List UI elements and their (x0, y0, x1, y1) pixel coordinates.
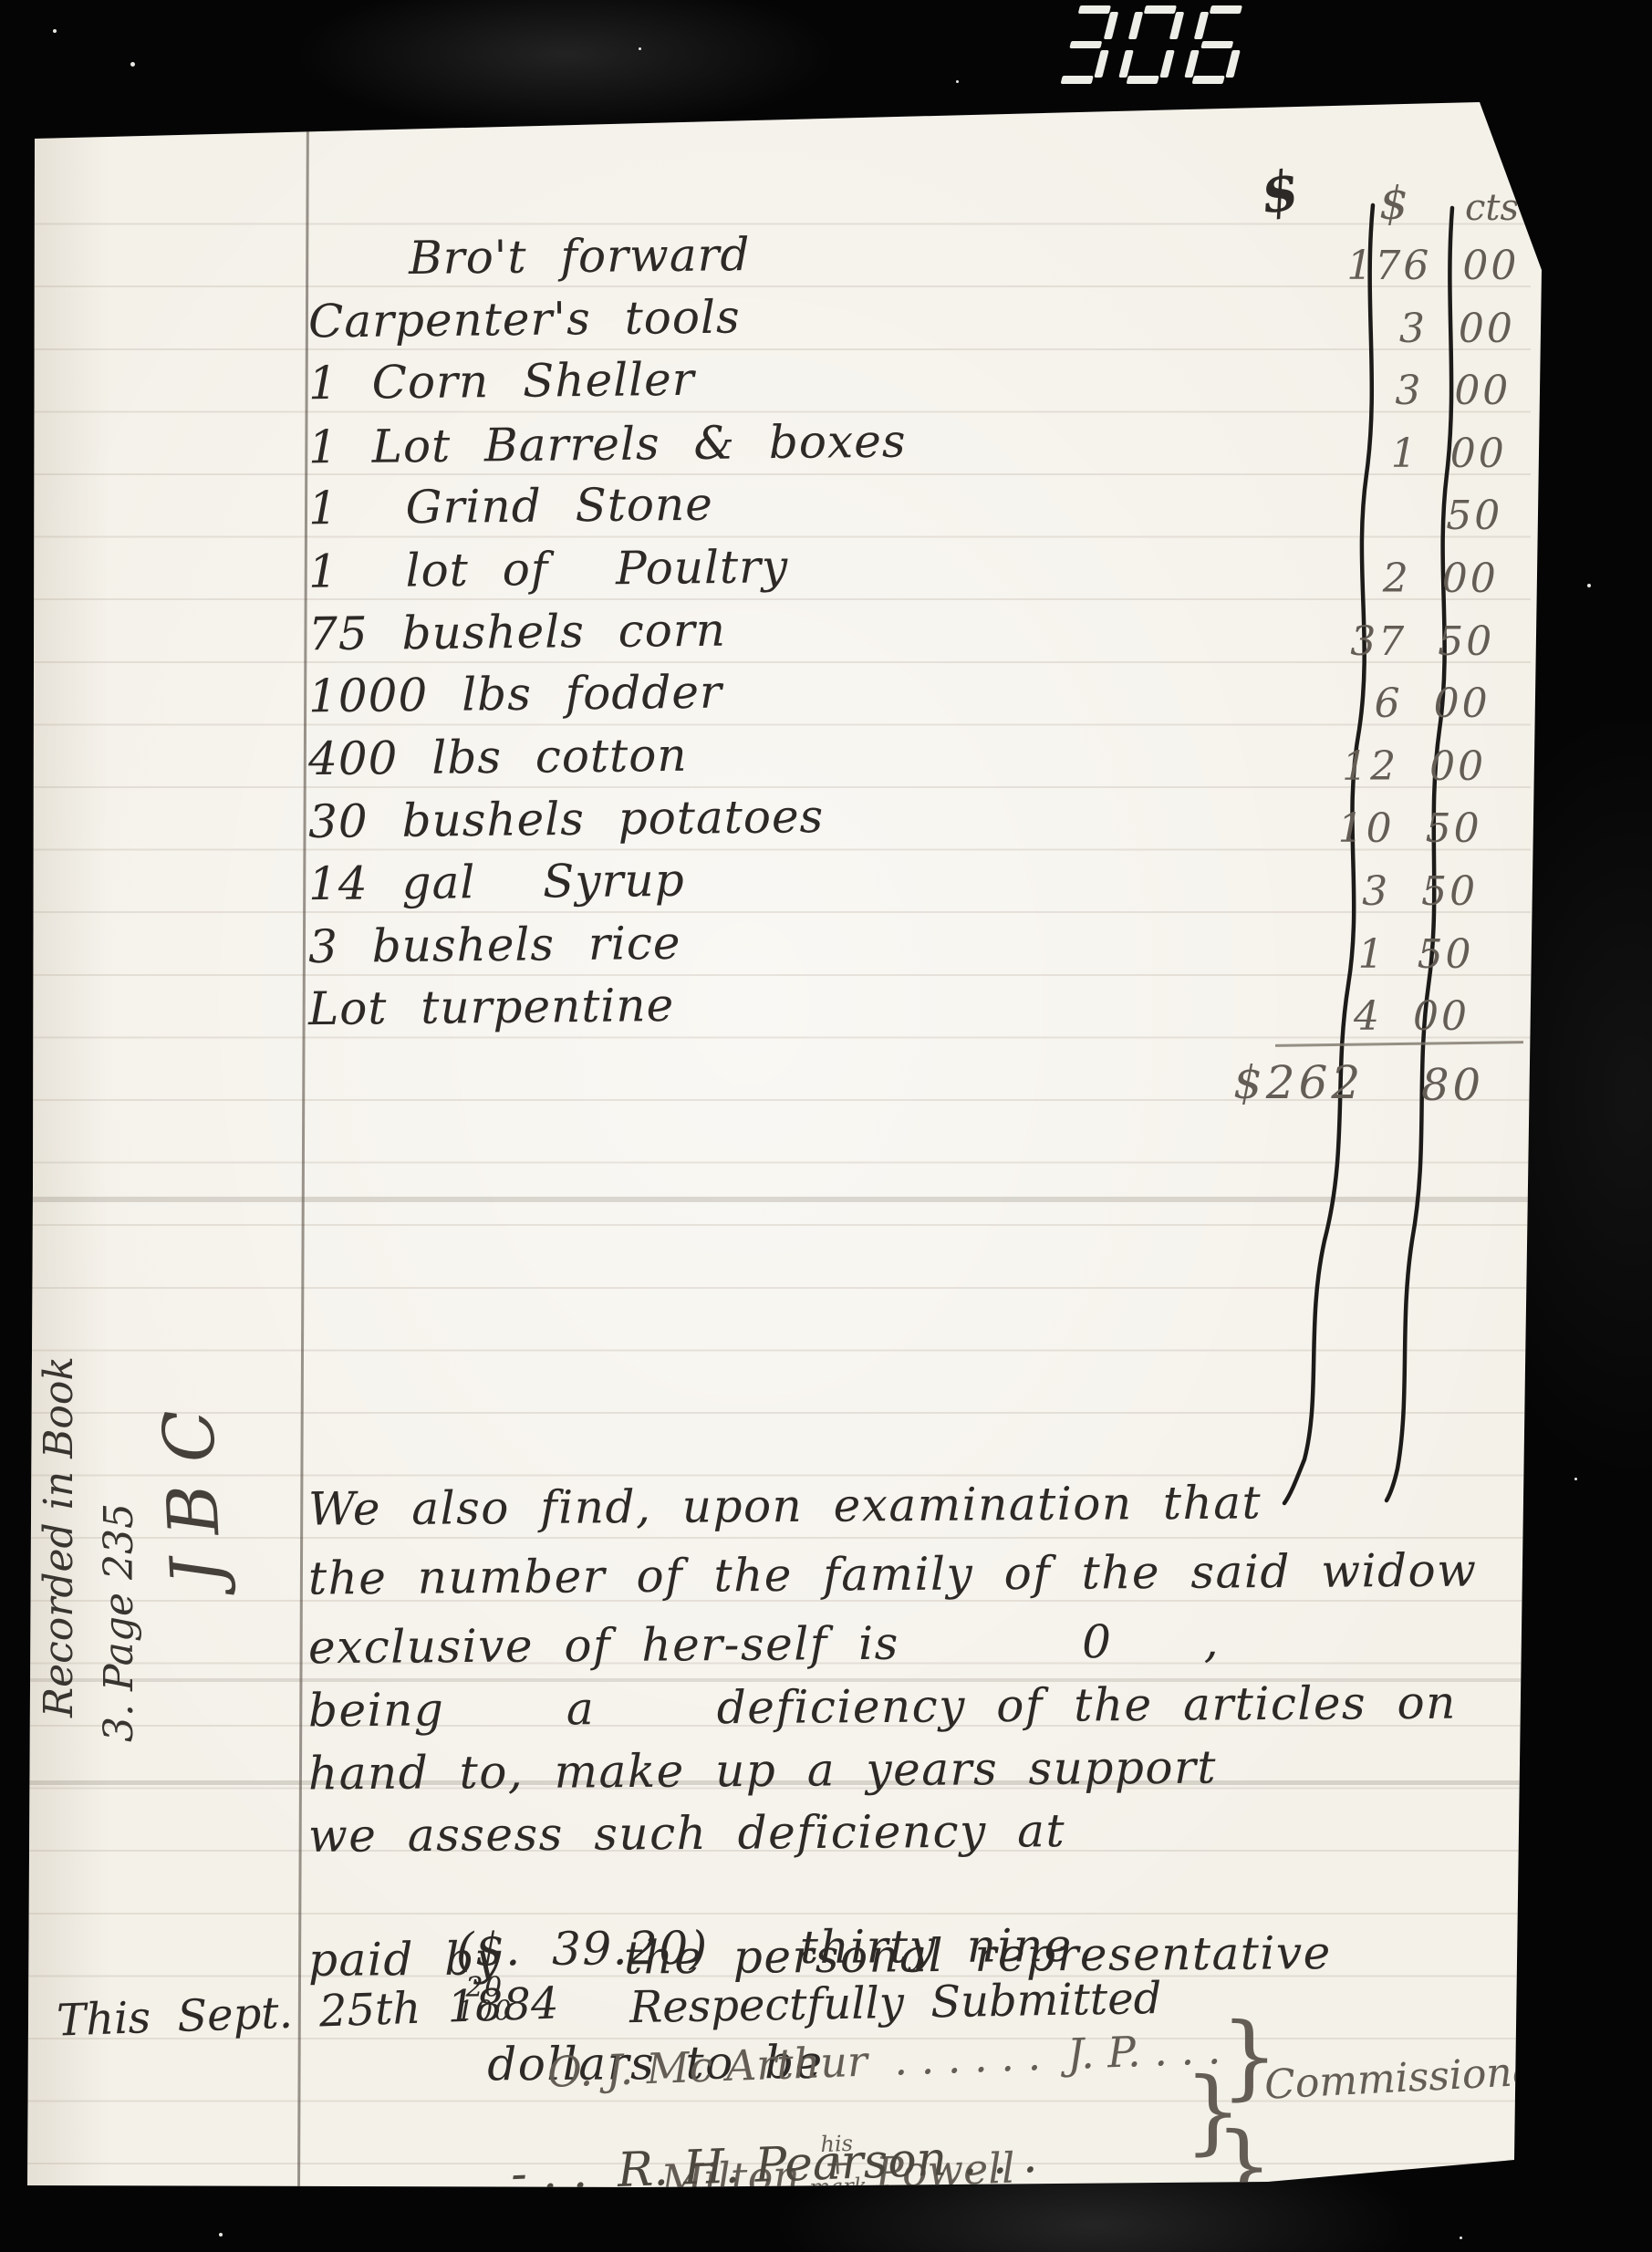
body-line: the number of the family of the said wid… (308, 1544, 1478, 1605)
ledger-amount-dollars: 10 (1240, 805, 1395, 852)
ledger-item: 1000 lbs fodder (308, 666, 722, 723)
ledger-amount-dollars: 176 (1276, 243, 1431, 289)
ledger-amount-dollars: 4 (1227, 993, 1382, 1040)
assessment-amount: ($. 39.20) thirty nine (456, 1919, 1073, 1977)
ledger-amount-cents: 00 (1454, 368, 1511, 414)
brace-3: } (1215, 2112, 1273, 2219)
ledger-item: Lot turpentine (308, 979, 675, 1035)
ledger-amount-dollars: 3 (1273, 306, 1428, 352)
film-speckle (53, 29, 57, 33)
film-speckle (956, 80, 959, 83)
ledger-item: 1 Grind Stone (308, 478, 713, 535)
ledger-amount-cents: 50 (1421, 868, 1478, 915)
ledger-item: 3 bushels rice (308, 916, 681, 972)
ledger-item: Carpenter's tools (308, 290, 741, 348)
body-line: we assess such deficiency at (308, 1804, 1065, 1863)
ledger-item: 30 bushels potatoes (308, 790, 825, 848)
margin-note: Recorded in Book 3. Page 235 J B C (29, 1184, 257, 1768)
body-line: being a deficiency of the articles on (308, 1676, 1457, 1738)
ledger-amount-dollars: 1 (1264, 431, 1419, 477)
ledger-amount-dollars: 12 (1243, 743, 1398, 790)
column-header-cents: cts (1465, 187, 1519, 229)
ledger-item: Bro't forward (409, 228, 751, 285)
closing-line: Respectfully Submitted (629, 1973, 1162, 2033)
frame-number-counter (1047, 4, 1284, 91)
body-line: hand to, make up a years support (308, 1741, 1217, 1801)
margin-note-signature: J B C (134, 1182, 248, 1769)
ledger-amount-cents: 50 (1426, 805, 1482, 852)
ledger-amount-dollars: 1 (1231, 931, 1387, 978)
ledger-amount-dollars: 3 (1235, 868, 1390, 915)
ledger-amount-cents: 00 (1450, 431, 1507, 477)
film-speckle (1460, 2236, 1462, 2239)
ledger-amount-cents: 00 (1462, 243, 1519, 289)
ledger-item: 1 Lot Barrels & boxes (308, 414, 907, 473)
ledger-amount-cents: 50 (1438, 618, 1494, 665)
ledger-amount-cents: 50 (1418, 931, 1474, 978)
ledger-amount-dollars: 6 (1248, 680, 1403, 727)
column-header-dollars: $ (1379, 177, 1408, 230)
total-dollars: $262 (1233, 1056, 1364, 1109)
film-speckle (1587, 584, 1591, 587)
body-line: exclusive of her-self is 0 , There (308, 1612, 1652, 1674)
scanned-document-page: $ $ cts Bro't forward17600Carpenter's to… (0, 0, 1652, 2252)
ledger-item: 75 bushels corn (308, 603, 727, 660)
ledger-amount-cents: 50 (1446, 493, 1502, 539)
ledger-amount-dollars: 37 (1252, 618, 1407, 665)
ledger-amount-cents: 00 (1459, 306, 1515, 352)
ledger-amount-cents: 00 (1429, 743, 1486, 790)
film-speckle (219, 2233, 223, 2236)
ledger-item: 1 Corn Sheller (308, 353, 695, 410)
film-speckle (1574, 1478, 1577, 1480)
margin-note-line1: Recorded in Book (29, 1184, 89, 1768)
document-paper: $ $ cts Bro't forward17600Carpenter's to… (0, 0, 1652, 2252)
ledger-item: 14 gal Syrup (308, 854, 685, 910)
body-line: We also find, upon examination that (308, 1476, 1262, 1535)
ledger-item: 400 lbs cotton (308, 729, 688, 785)
ledger-amount-cents: 00 (1434, 680, 1491, 727)
ledger-amount-cents: 00 (1442, 555, 1499, 602)
film-speckle (130, 62, 135, 67)
ledger-amount-cents: 00 (1413, 993, 1470, 1040)
film-speckle (639, 47, 641, 50)
ledger-amount-dollars: 2 (1256, 555, 1411, 602)
ledger-item: 1 lot of Poultry (308, 540, 789, 598)
ledger-amount-dollars: 3 (1268, 368, 1423, 414)
total-cents: 80 (1421, 1060, 1484, 1111)
